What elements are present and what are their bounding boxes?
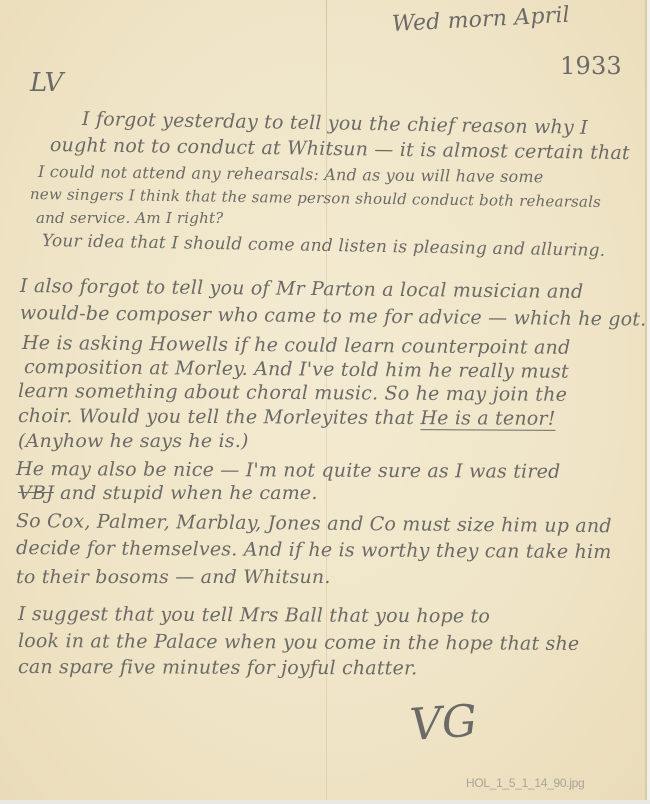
letter-line: can spare five minutes for joyful chatte… — [18, 656, 417, 679]
letter-line: (Anyhow he says he is.) — [18, 430, 249, 452]
letter-year: 1933 — [560, 52, 622, 80]
letter-salutation: LV — [30, 68, 63, 98]
letter-line: and service. Am I right? — [36, 209, 223, 227]
underlined-phrase: He is a tenor! — [420, 407, 555, 430]
letter-line: decide for themselves. And if he is wort… — [16, 537, 612, 563]
signature: VG — [408, 695, 479, 751]
letter-line-text: and stupid when he came. — [60, 482, 317, 504]
letter-line: He may also be nice — I'm not quite sure… — [16, 458, 561, 483]
letter-line: learn something about choral music. So h… — [18, 380, 567, 406]
struck-text: VBJ — [18, 482, 54, 504]
letter-line: VBJ and stupid when he came. — [18, 482, 318, 504]
letter-line-text: choir. Would you tell the Morleyites tha… — [18, 405, 414, 429]
file-label: HOL_1_5_1_14_90.jpg — [466, 776, 584, 790]
scan-edge-bottom — [0, 800, 650, 804]
letter-line: choir. Would you tell the Morleyites tha… — [18, 405, 556, 430]
letter-line: I suggest that you tell Mrs Ball that yo… — [18, 603, 490, 627]
letter-line: to their bosoms — and Whitsun. — [16, 566, 331, 588]
letter-line: look in at the Palace when you come in t… — [18, 630, 580, 655]
